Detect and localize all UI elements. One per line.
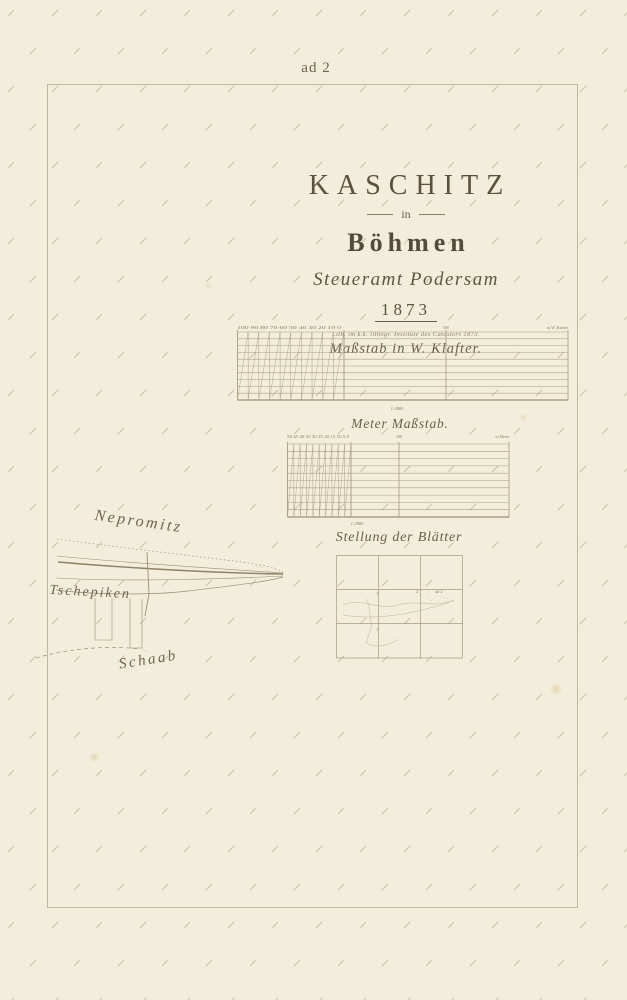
index-sheet-number: 2 — [416, 589, 418, 594]
place-name-nepromitz: Nepromitz — [93, 507, 184, 536]
page-title: KASCHITZ — [240, 170, 572, 202]
connector-word: in — [401, 207, 410, 221]
klafter-scale-bar: 100 90 80 70 60 50 40 30 20 10 0 500 in … — [237, 323, 570, 413]
region-title: Böhmen — [240, 228, 572, 258]
scanned-map-sheet: { "page": { "sheet_label": "ad 2" }, "ti… — [0, 0, 627, 1000]
index-sheet-number: ad 2 — [435, 589, 443, 594]
left-rule — [367, 214, 393, 215]
year-label: 1873 — [375, 300, 437, 322]
klafter-unit-label: in W. Klafter — [547, 325, 568, 330]
tax-office-subtitle: Steueramt Podersam — [240, 269, 572, 291]
meter-tick-labels: 50 45 40 35 30 25 20 15 10 5 0 — [287, 434, 349, 439]
index-sheet-number: 1 — [376, 627, 378, 632]
sheet-label: ad 2 — [286, 60, 346, 77]
sketch-dotted-boundary — [57, 539, 283, 572]
right-rule — [419, 214, 445, 215]
meter-ratio: 1:2880 — [351, 521, 364, 526]
title-connector: in — [240, 207, 572, 222]
sheet-index-title: Stellung der Blätter — [328, 530, 470, 546]
location-sketch: Nepromitz Tschepiken Schaab — [26, 498, 298, 690]
place-name-tschepiken: Tschepiken — [49, 583, 131, 602]
sheet-index-grid: 1 2 ad 2 1 — [336, 555, 463, 659]
klafter-tick-labels: 100 90 80 70 60 50 40 30 20 10 0 — [237, 325, 341, 330]
place-name-schaab: Schaab — [118, 648, 179, 673]
index-sheet-number: 1 — [376, 591, 378, 596]
meter-scale-title: Meter Maßstab. — [310, 416, 490, 432]
year-row: 1873 — [240, 300, 572, 322]
meter-mid-tick: 100 — [396, 434, 402, 439]
klafter-ratio: 1:2880 — [391, 406, 404, 411]
klafter-mid-tick: 500 — [443, 325, 449, 330]
index-sketch-outline — [343, 597, 454, 646]
meter-scale-bar: 50 45 40 35 30 25 20 15 10 5 0 100 in Me… — [287, 432, 511, 527]
meter-unit-label: in Meter — [495, 434, 509, 439]
